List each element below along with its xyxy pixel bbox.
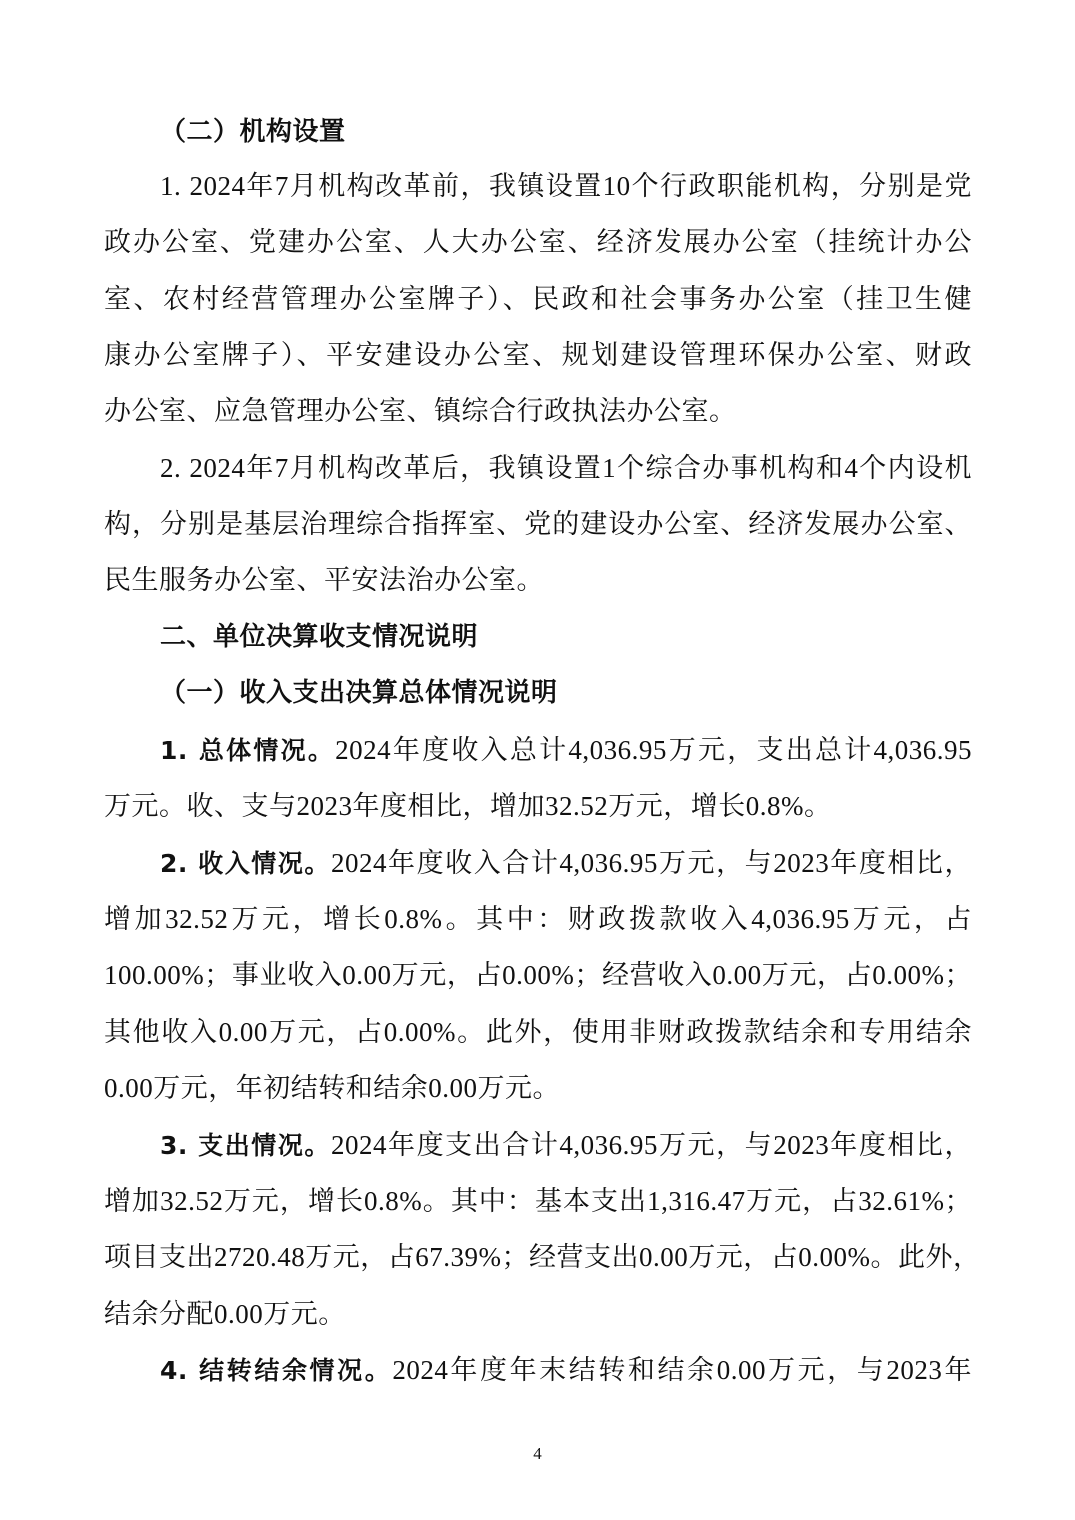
item-label: 1. 总体情况。 bbox=[160, 736, 335, 765]
item-4-first-line: 4. 结转结余情况。2024年度年末结转和结余0.00万元，与2023年 bbox=[160, 1352, 972, 1389]
paragraph-line: 项目支出2720.48万元，占67.39%；经营支出0.00万元，占0.00%。… bbox=[104, 1239, 972, 1275]
document-page: （二）机构设置 1. 2024年7月机构改革前，我镇设置10个行政职能机构，分别… bbox=[0, 0, 1075, 1520]
paragraph-line: 其他收入0.00万元，占0.00%。此外，使用非财政拨款结余和专用结余 bbox=[104, 1014, 972, 1050]
paragraph-line: 0.00万元，年初结转和结余0.00万元。 bbox=[104, 1070, 972, 1106]
section-heading-org: （二）机构设置 bbox=[160, 114, 972, 150]
item-label: 3. 支出情况。 bbox=[160, 1131, 331, 1160]
paragraph-line: 增加32.52万元，增长0.8%。其中：基本支出1,316.47万元，占32.6… bbox=[104, 1183, 972, 1219]
item-label: 2. 收入情况。 bbox=[160, 849, 331, 878]
paragraph-line: 结余分配0.00万元。 bbox=[104, 1296, 972, 1332]
paragraph-line: 康办公室牌子）、平安建设办公室、规划建设管理环保办公室、财政 bbox=[104, 337, 972, 373]
paragraph-line: 万元。收、支与2023年度相比，增加32.52万元，增长0.8%。 bbox=[104, 788, 972, 824]
item-2-first-line: 2. 收入情况。2024年度收入合计4,036.95万元，与2023年度相比， bbox=[160, 845, 972, 882]
paragraph-line: 构，分别是基层治理综合指挥室、党的建设办公室、经济发展办公室、 bbox=[104, 506, 972, 542]
paragraph-line: 民生服务办公室、平安法治办公室。 bbox=[104, 562, 972, 598]
paragraph-line: 政办公室、党建办公室、人大办公室、经济发展办公室（挂统计办公 bbox=[104, 224, 972, 260]
page-number: 4 bbox=[0, 1444, 1075, 1464]
section-heading-budget: 二、单位决算收支情况说明 bbox=[160, 619, 972, 655]
paragraph-line: 办公室、应急管理办公室、镇综合行政执法办公室。 bbox=[104, 393, 972, 429]
paragraph-line: 增加32.52万元，增长0.8%。其中：财政拨款收入4,036.95万元，占 bbox=[104, 901, 972, 937]
subsection-heading: （一）收入支出决算总体情况说明 bbox=[160, 675, 972, 711]
paragraph-line: 2. 2024年7月机构改革后，我镇设置1个综合办事机构和4个内设机 bbox=[160, 450, 972, 486]
item-1-first-line: 1. 总体情况。2024年度收入总计4,036.95万元，支出总计4,036.9… bbox=[160, 732, 972, 769]
item-3-first-line: 3. 支出情况。2024年度支出合计4,036.95万元，与2023年度相比， bbox=[160, 1127, 972, 1164]
paragraph-line: 1. 2024年7月机构改革前，我镇设置10个行政职能机构，分别是党 bbox=[160, 168, 972, 204]
item-label: 4. 结转结余情况。 bbox=[160, 1356, 392, 1385]
paragraph-line: 100.00%；事业收入0.00万元，占0.00%；经营收入0.00万元，占0.… bbox=[104, 957, 972, 993]
paragraph-line: 室、农村经营管理办公室牌子）、民政和社会事务办公室（挂卫生健 bbox=[104, 281, 972, 317]
